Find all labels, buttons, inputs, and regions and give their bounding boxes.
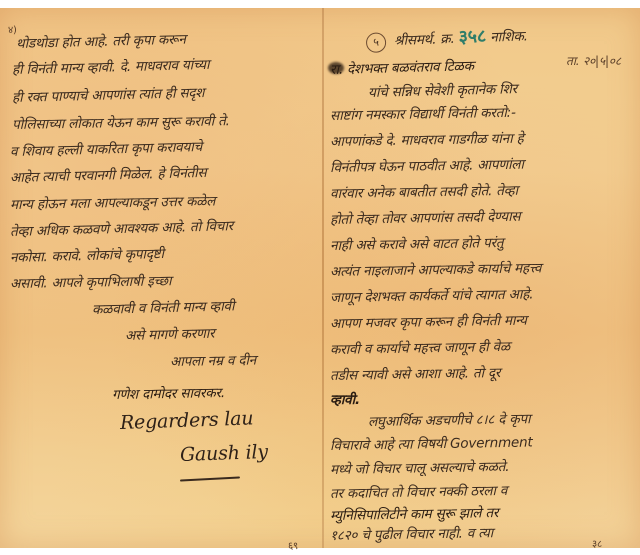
letter-sheet: ४) थोडथोडा होत आहे. तरी कृपा करून ही विन… — [0, 8, 640, 548]
right-line-18: म्युनिसिपालिटीने काम सुरू झाले तर — [330, 503, 499, 524]
reference-line: ५श्रीसमर्थ. क्र. ३५८ नाशिक. — [366, 22, 529, 53]
right-line-10: आपण मजवर कृपा करून ही विनंती मान्य — [330, 311, 527, 332]
left-line-10: असावी. आपले कृपाभिलाषी इच्छा — [10, 271, 172, 292]
right-line-3: आपणांकडे दे. माधवराव गाडगीळ यांना हे — [330, 129, 524, 150]
right-line-13: व्हावी. — [330, 390, 360, 408]
right-line-4: विनंतीपत्र घेऊन पाठवीत आहे. आपणांला — [330, 155, 524, 176]
right-line-14: लघुआर्थिक अडचणीचे ८।८ दे कृपा — [368, 409, 531, 430]
right-line-2: साष्टांग नमस्कार विद्यार्थी विनंती करतो:… — [330, 103, 516, 124]
fold-line — [322, 8, 324, 548]
signature-line-1: Regarders lau — [120, 407, 254, 434]
left-line-11: कळवावी व विनंती मान्य व्हावी — [92, 296, 235, 318]
right-line-5: वारंवार अनेक बाबतीत तसदी होते. तेव्हा — [330, 181, 518, 202]
signature-underline — [180, 476, 240, 481]
circled-mark: ५ — [366, 32, 387, 53]
reference-prefix: श्रीसमर्थ. क्र. — [394, 31, 455, 49]
left-line-14: गणेश दामोदर सावरकर. — [112, 383, 225, 403]
right-line-15: विचारावे आहे त्या विषयी Government — [330, 432, 533, 454]
left-line-1: थोडथोडा होत आहे. तरी कृपा करून — [16, 30, 186, 52]
right-line-6: होतो तेव्हा तोवर आपणांस तसदी देण्यास — [330, 207, 521, 228]
right-line-7: नाही असे करावे असे वाटत होते परंतु — [330, 233, 504, 254]
reference-suffix: नाशिक. — [490, 28, 528, 45]
right-page-number: ३८ — [592, 536, 602, 550]
left-line-4: पोलिसाच्या लोकात येऊन काम सुरू करावी ते. — [12, 111, 230, 133]
right-line-12: तडीस न्यावी असे आशा आहे. तो दूर — [330, 363, 501, 384]
right-line-1: यांचे सन्निध सेवेशी कृतानेक शिर — [368, 79, 517, 101]
left-line-12: असे मागणे करणार — [125, 324, 215, 344]
left-line-2: ही विनंती मान्य व्हावी. दे. माधवराव यांच… — [12, 55, 210, 78]
left-line-13: आपला नम्र व दीन — [170, 350, 256, 369]
left-page-number: ६९ — [288, 538, 298, 552]
reference-number: ३५८ — [458, 26, 486, 48]
left-line-3: ही रक्त पाण्याचे आपणांस त्यांत ही सदृश — [12, 83, 205, 106]
salutation: रा. देशभक्त बळवंतराव टिळक — [330, 56, 474, 78]
left-line-9: नकोसा. करावे. लोकांचे कृपादृष्टी — [10, 244, 164, 266]
left-line-5: व शिवाय हल्ली याकरिता कृपा करावयाचे — [10, 137, 202, 160]
signature-line-2: Gaush ily — [180, 441, 269, 466]
right-line-16: मध्ये जो विचार चालू असल्याचे कळते. — [330, 457, 510, 478]
right-line-11: करावी व कार्याचे महत्त्व जाणून ही वेळ — [330, 337, 510, 358]
right-line-8: अत्यंत नाइलाजाने आपल्याकडे कार्याचे महत्… — [330, 258, 542, 280]
letter-date: ता. २०|५|०८ — [566, 52, 621, 69]
right-line-17: तर कदाचित तो विचार नक्की ठरला व — [330, 481, 507, 502]
left-line-6: आहेत त्याची परवानगी मिळेल. हे विनंतीस — [10, 163, 207, 186]
right-line-19: १८२० चे पुढील विचार नाही. व त्या — [330, 523, 493, 544]
right-line-9: जाणून देशभक्त कार्यकर्ते यांचे त्यागत आह… — [330, 284, 534, 306]
left-line-7: मान्य होऊन मला आपल्याकडून उत्तर कळेल — [10, 191, 215, 213]
left-line-8: तेव्हा अधिक कळवणे आवश्यक आहे. तो विचार — [10, 216, 233, 240]
